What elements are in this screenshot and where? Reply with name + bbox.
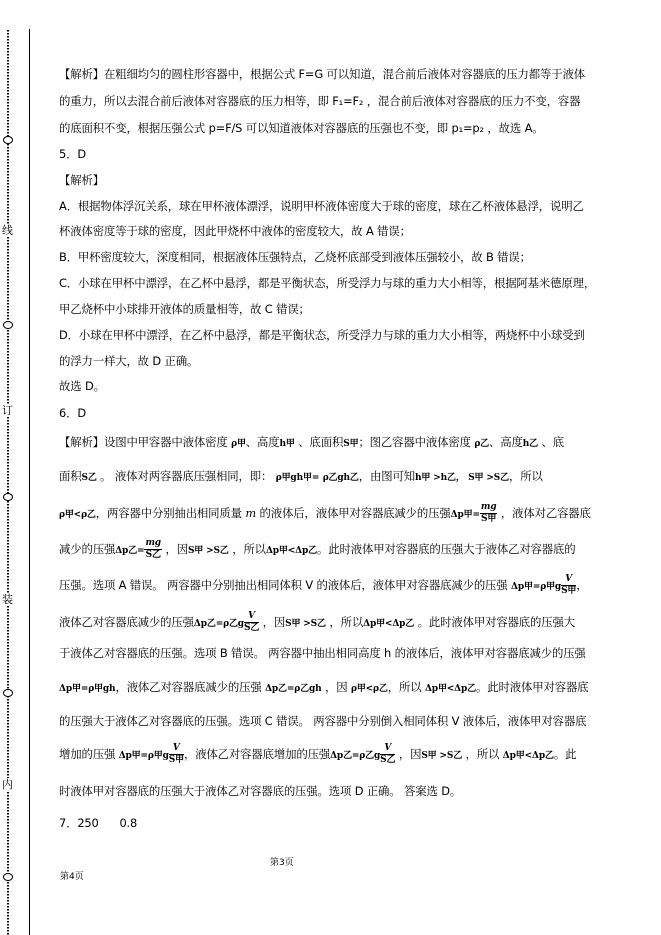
q6-line-3: ρ甲<ρ乙，两容器中分别抽出相同质量 m 的液体后，液体甲对容器底减少的压强Δp… <box>59 502 591 525</box>
formula: Δp乙=ρ乙g <box>194 619 244 629</box>
q4-explanation-line-2: 的重力，所以去混合前后液体对容器底的压力相等，即 F₁=F₂ ，混合前后液体对容… <box>59 93 580 109</box>
denominator: S乙 <box>144 550 162 561</box>
text: ，因 <box>399 747 421 761</box>
q5-answer: 5．D <box>59 146 86 162</box>
q4-explanation-line-3: 的底面积不变，根据压强公式 p=F/S 可以知道液体对容器底的压强也不变，即 p… <box>59 120 543 136</box>
q5-option-a-line-2: 杯液体密度等于球的密度，因此甲烧杯中液体的密度较大，故 A 错误； <box>59 223 411 239</box>
formula-h-jia: h甲 <box>280 439 295 449</box>
q6-line-10: 增加的压强 Δp甲=ρ甲gVS甲，液体乙对容器底增加的压强Δp乙=ρ乙gVS乙 … <box>59 743 576 766</box>
binding-border-line <box>29 29 30 935</box>
text: ， <box>576 578 587 592</box>
binding-label-xian: 线 <box>1 224 14 237</box>
fraction: VS甲 <box>169 743 184 766</box>
formula: Δp甲<Δp乙 <box>363 619 414 629</box>
binding-label-nei: 内 <box>1 778 14 791</box>
formula: Δp甲<Δp乙 <box>266 546 317 556</box>
q6-line-11: 时液体甲对容器底的压强大于液体乙对容器底的压强。选项 D 正确。 答案选 D。 <box>59 783 461 799</box>
fraction: mgS乙 <box>144 538 162 561</box>
binding-label-zhuang: 装 <box>1 593 14 606</box>
binding-label-ding: 订 <box>1 404 14 417</box>
text: ，两容器中分别抽出相同质量 <box>96 506 242 520</box>
denominator: S甲 <box>169 755 184 766</box>
text: 。此时液体甲对容器底 <box>476 680 588 694</box>
numerator: mg <box>144 538 162 550</box>
formula: Δp甲= <box>451 510 480 520</box>
numerator: mg <box>480 502 498 514</box>
q5-option-d-line-2: 的浮力一样大，故 D 正确。 <box>59 353 198 369</box>
formula: h甲 >h乙， <box>415 473 465 483</box>
q6-line-5: 压强。选项 A 错误。 两容器中分别抽出相同体积 V 的液体后，液体甲对容器底减… <box>59 574 588 597</box>
q6-line-8: Δp甲=ρ甲gh，液体乙对容器底减少的压强 Δp乙=ρ乙gh ，因 ρ甲<ρ乙，… <box>59 679 588 697</box>
denominator: S甲 <box>480 514 498 525</box>
text: ；图乙容器中液体密度 <box>358 435 470 449</box>
binding-hole-icon <box>3 493 13 501</box>
formula: ρ甲gh甲= <box>276 473 319 483</box>
text: 。 液体对两容器底压强相同，即： <box>100 469 272 483</box>
formula: Δp甲=ρ甲g <box>511 582 561 592</box>
text: 增加的压强 <box>59 747 115 761</box>
text: 液体乙对容器底减少的压强 <box>59 615 194 629</box>
q6-line-9: 的压强大于液体乙对容器底的压强。选项 C 错误。 两容器中分别倒入相同体积 V … <box>59 713 586 729</box>
formula: ρ甲<ρ乙 <box>351 684 388 694</box>
fraction: VS乙 <box>244 611 259 634</box>
denominator: S乙 <box>244 623 259 634</box>
formula-s-yi: S乙 <box>81 473 96 483</box>
q5-option-b: B．甲杯密度较大，深度相同，根据液体压强特点，乙烧杯底部受到液体压强较小，故 B… <box>59 249 531 265</box>
text: 压强。选项 A 错误。 两容器中分别抽出相同体积 V 的液体后，液体甲对容器底减… <box>59 578 508 592</box>
text: 。此 <box>554 747 576 761</box>
q6-line-7: 于液体乙对容器底的压强。选项 B 错误。 两容器中抽出相同高度 h 的液体后，液… <box>59 645 586 661</box>
text: ，所以 <box>232 542 266 556</box>
text: ，因 <box>165 542 187 556</box>
q6-line-4: 减少的压强Δp乙=mgS乙 ，因S甲 >S乙 ，所以Δp甲<Δp乙。此时液体甲对… <box>59 538 576 561</box>
text: 、高度 <box>489 435 523 449</box>
text: 【解析】设图中甲容器中液体密度 <box>59 435 228 449</box>
text: ，因 <box>263 615 285 629</box>
formula-s-jia: S甲 <box>343 439 358 449</box>
binding-hole-icon <box>3 136 13 144</box>
numerator: V <box>244 611 259 623</box>
text: ，液体乙对容器底增加的压强 <box>184 747 330 761</box>
formula: S甲 >S乙 <box>421 751 462 761</box>
text: 减少的压强 <box>59 542 115 556</box>
text: 。此时液体甲对容器底的压强大于液体乙对容器底的 <box>317 542 576 556</box>
formula: S甲 >S乙 <box>285 619 326 629</box>
formula-h-yi: h乙 <box>523 439 538 449</box>
numerator: V <box>380 743 395 755</box>
formula: S甲 >S乙 <box>188 546 229 556</box>
text: ，所以 <box>388 680 422 694</box>
q5-option-a-line-1: A．根据物体浮沉关系，球在甲杯液体漂浮，说明甲杯液体密度大于球的密度，球在乙杯液… <box>59 198 584 214</box>
formula: Δp甲=ρ甲gh <box>59 684 115 694</box>
formula: Δp乙=ρ乙gh <box>265 684 321 694</box>
denominator: S乙 <box>380 755 395 766</box>
numerator: V <box>561 574 576 586</box>
denominator: S甲 <box>561 586 576 597</box>
binding-hole-icon <box>3 321 13 329</box>
formula-rho-jia: ρ甲 <box>231 439 246 449</box>
text: ，因 <box>325 680 347 694</box>
q6-line-1: 【解析】设图中甲容器中液体密度 ρ甲、高度h甲 、底面积S甲；图乙容器中液体密度… <box>59 434 564 452</box>
text: 、底面积 <box>298 435 343 449</box>
text: 。此时液体甲对容器底的压强大 <box>418 615 575 629</box>
q5-heading: 【解析】 <box>59 172 104 188</box>
text: ，所以 <box>509 469 543 483</box>
q6-line-6: 液体乙对容器底减少的压强Δp乙=ρ乙gVS乙 ，因S甲 >S乙 ，所以Δp甲<Δ… <box>59 611 575 634</box>
fraction: VS乙 <box>380 743 395 766</box>
text: ，所以 <box>329 615 363 629</box>
q5-option-c-line-2: 甲乙烧杯中小球排开液体的质量相等，故 C 错误； <box>59 301 310 317</box>
text: ，液体对乙容器底 <box>501 506 591 520</box>
text: 、底 <box>542 435 564 449</box>
variable-m: m <box>245 506 256 520</box>
formula: Δp乙= <box>115 546 144 556</box>
formula-rho-yi: ρ乙 <box>474 439 489 449</box>
fraction: mgS甲 <box>480 502 498 525</box>
formula: S甲 >S乙 <box>468 473 509 483</box>
q4-explanation-line-1: 【解析】在粗细均匀的圆柱形容器中，根据公式 F=G 可以知道，混合前后液体对容器… <box>59 66 585 82</box>
formula: Δp甲<Δp乙 <box>503 751 554 761</box>
binding-dotted-line <box>7 30 9 935</box>
formula: Δp甲=ρ甲g <box>119 751 169 761</box>
q5-option-c-line-1: C．小球在甲杯中漂浮，在乙杯中悬浮，都是平衡状态，所受浮力与球的重力大小相等，根… <box>59 275 595 291</box>
q5-option-d-line-1: D．小球在甲杯中漂浮，在乙杯中悬浮，都是平衡状态，所受浮力与球的重力大小相等，两… <box>59 327 585 343</box>
text: 、高度 <box>246 435 280 449</box>
page-number-center: 第3页 <box>270 855 294 868</box>
formula: ρ甲<ρ乙 <box>59 510 96 520</box>
text: 面积 <box>59 469 81 483</box>
q6-answer: 6．D <box>59 405 86 421</box>
q6-line-2: 面积S乙 。 液体对两容器底压强相同，即： ρ甲gh甲= ρ乙gh乙，由图可知h… <box>59 468 543 486</box>
formula: Δp乙=ρ乙g <box>330 751 380 761</box>
binding-hole-icon <box>3 689 13 697</box>
text: 的液体后，液体甲对容器底减少的压强 <box>260 506 451 520</box>
page-number-left: 第4页 <box>60 869 84 882</box>
formula: Δp甲<Δp乙 <box>425 684 476 694</box>
text: ，所以 <box>466 747 500 761</box>
q7-answer: 7．250 0.8 <box>59 815 137 831</box>
numerator: V <box>169 743 184 755</box>
formula: ρ乙gh乙 <box>323 473 359 483</box>
text: ，由图可知 <box>359 469 415 483</box>
binding-hole-icon <box>3 873 13 881</box>
binding-margin: 线 订 装 内 <box>0 0 30 935</box>
fraction: VS甲 <box>561 574 576 597</box>
q5-conclusion: 故选 D。 <box>59 378 105 394</box>
text: ，液体乙对容器底减少的压强 <box>115 680 261 694</box>
